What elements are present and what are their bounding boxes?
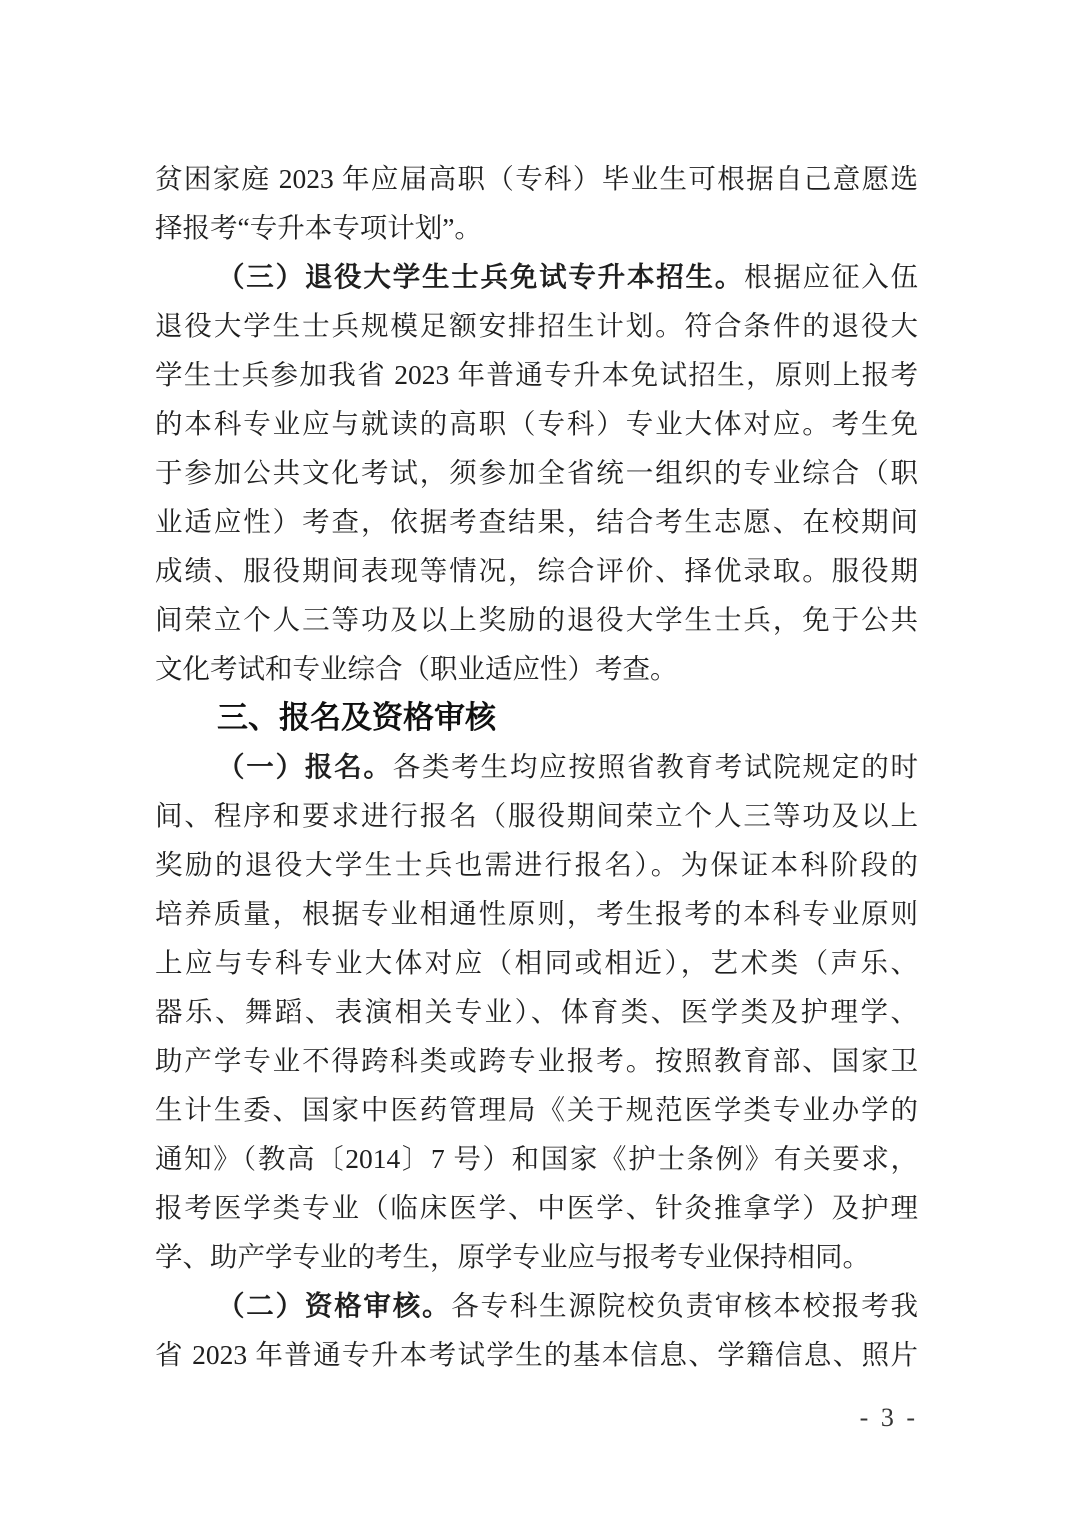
text-line: 培养质量，根据专业相通性原则，考生报考的本科专业原则 [155,889,918,938]
text-segment: 各专科生源院校负责审核本校报考我 [451,1290,918,1321]
page-number: - 3 - [860,1403,918,1433]
text-segment: 学生士兵参加我省 2023 年普通专升本免试招生，原则上报考 [155,359,918,390]
text-line: 生计生委、国家中医药管理局《关于规范医学类专业办学的 [155,1085,918,1134]
text-segment: 间、程序和要求进行报名（服役期间荣立个人三等功及以上 [155,800,918,831]
text-body: 贫困家庭 2023 年应届高职（专科）毕业生可根据自己意愿选择报考“专升本专项计… [155,154,918,1379]
text-line: 成绩、服役期间表现等情况，综合评价、择优录取。服役期 [155,546,918,595]
text-line: 于参加公共文化考试，须参加全省统一组织的专业综合（职 [155,448,918,497]
text-segment: 业适应性）考查，依据考查结果，结合考生志愿、在校期间 [155,506,918,537]
document-page: 贫困家庭 2023 年应届高职（专科）毕业生可根据自己意愿选择报考“专升本专项计… [0,0,1080,1527]
text-line: 省 2023 年普通专升本考试学生的基本信息、学籍信息、照片 [155,1330,918,1379]
text-line: 助产学专业不得跨科类或跨专业报考。按照教育部、国家卫 [155,1036,918,1085]
text-segment: 于参加公共文化考试，须参加全省统一组织的专业综合（职 [155,457,918,488]
text-segment: 间荣立个人三等功及以上奖励的退役大学生士兵，免于公共 [155,604,918,635]
text-line: 择报考“专升本专项计划”。 [155,203,918,252]
text-segment-bold: （一）报名。 [217,751,393,782]
text-line: 间荣立个人三等功及以上奖励的退役大学生士兵，免于公共 [155,595,918,644]
text-segment: 根据应征入伍 [744,261,918,292]
text-line: 退役大学生士兵规模足额安排招生计划。符合条件的退役大 [155,301,918,350]
text-line: （一）报名。各类考生均应按照省教育考试院规定的时 [155,742,918,791]
text-segment: 报考医学类专业（临床医学、中医学、针灸推拿学）及护理 [155,1192,918,1223]
text-segment: 培养质量，根据专业相通性原则，考生报考的本科专业原则 [155,898,918,929]
text-line: 上应与专科专业大体对应（相同或相近），艺术类（声乐、 [155,938,918,987]
text-line: 器乐、舞蹈、表演相关专业）、体育类、医学类及护理学、 [155,987,918,1036]
text-segment: 器乐、舞蹈、表演相关专业）、体育类、医学类及护理学、 [155,996,918,1027]
text-segment-bold: （二）资格审核。 [217,1290,451,1321]
text-segment: 择报考“专升本专项计划”。 [155,212,482,243]
text-line: 贫困家庭 2023 年应届高职（专科）毕业生可根据自己意愿选 [155,154,918,203]
text-line: 业适应性）考查，依据考查结果，结合考生志愿、在校期间 [155,497,918,546]
text-line: （三）退役大学生士兵免试专升本招生。根据应征入伍 [155,252,918,301]
text-line: 文化考试和专业综合（职业适应性）考查。 [155,644,918,693]
text-segment: 通知》（教高〔2014〕7 号）和国家《护士条例》有关要求， [155,1143,918,1174]
text-segment: 成绩、服役期间表现等情况，综合评价、择优录取。服役期 [155,555,918,586]
text-segment: 学、助产学专业的考生，原学专业应与报考专业保持相同。 [155,1241,870,1272]
text-segment: 生计生委、国家中医药管理局《关于规范医学类专业办学的 [155,1094,918,1125]
text-segment: 各类考生均应按照省教育考试院规定的时 [393,751,918,782]
text-segment: 退役大学生士兵规模足额安排招生计划。符合条件的退役大 [155,310,918,341]
text-line: （二）资格审核。各专科生源院校负责审核本校报考我 [155,1281,918,1330]
text-segment-bold: 三、报名及资格审核 [217,700,496,735]
text-line: 间、程序和要求进行报名（服役期间荣立个人三等功及以上 [155,791,918,840]
text-line: 的本科专业应与就读的高职（专科）专业大体对应。考生免 [155,399,918,448]
text-segment: 助产学专业不得跨科类或跨专业报考。按照教育部、国家卫 [155,1045,918,1076]
text-segment-bold: （三）退役大学生士兵免试专升本招生。 [217,261,744,292]
text-line: 报考医学类专业（临床医学、中医学、针灸推拿学）及护理 [155,1183,918,1232]
text-segment: 奖励的退役大学生士兵也需进行报名）。为保证本科阶段的 [155,849,918,880]
text-segment: 省 2023 年普通专升本考试学生的基本信息、学籍信息、照片 [155,1339,918,1370]
text-segment: 上应与专科专业大体对应（相同或相近），艺术类（声乐、 [155,947,918,978]
section-heading: 三、报名及资格审核 [155,693,918,742]
text-line: 通知》（教高〔2014〕7 号）和国家《护士条例》有关要求， [155,1134,918,1183]
text-line: 学、助产学专业的考生，原学专业应与报考专业保持相同。 [155,1232,918,1281]
text-line: 学生士兵参加我省 2023 年普通专升本免试招生，原则上报考 [155,350,918,399]
text-segment: 文化考试和专业综合（职业适应性）考查。 [155,653,678,684]
text-line: 奖励的退役大学生士兵也需进行报名）。为保证本科阶段的 [155,840,918,889]
text-segment: 的本科专业应与就读的高职（专科）专业大体对应。考生免 [155,408,918,439]
text-segment: 贫困家庭 2023 年应届高职（专科）毕业生可根据自己意愿选 [155,163,918,194]
